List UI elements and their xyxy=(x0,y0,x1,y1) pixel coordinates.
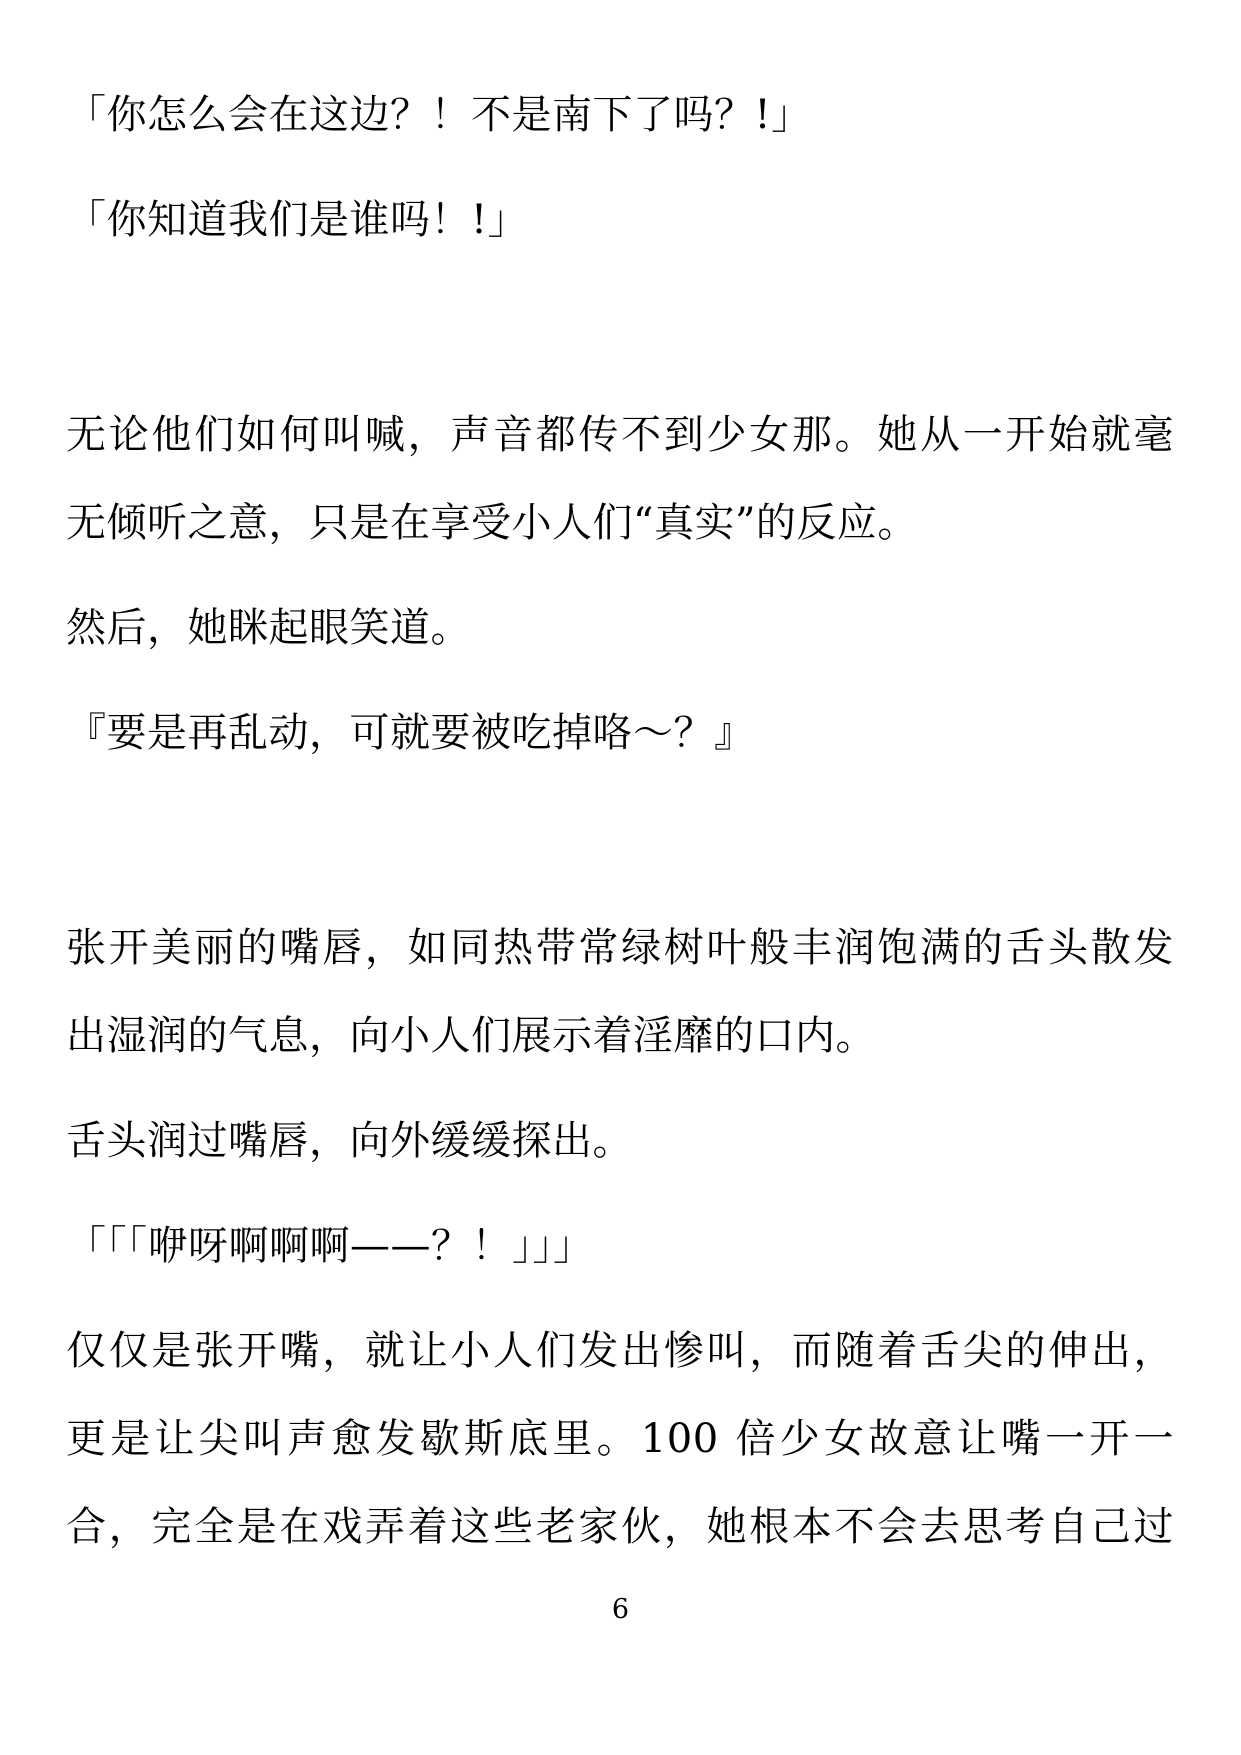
text-line: 「「「咿呀啊啊啊——？！」」」 xyxy=(66,1202,1174,1290)
page-body-text: 「你怎么会在这边？！不是南下了吗？!」 「你知道我们是谁吗！!」 无论他们如何叫… xyxy=(0,0,1241,1571)
narration-paragraph: 无论他们如何叫喊，声音都传不到少女那。她从一开始就毫 无倾听之意，只是在享受小人… xyxy=(66,391,1174,567)
text-line: 舌头润过嘴唇，向外缓缓探出。 xyxy=(66,1097,1174,1185)
page-number: 6 xyxy=(0,1594,1241,1625)
text-line: 『要是再乱动，可就要被吃掉咯～？』 xyxy=(66,689,1174,777)
text-line: 「你怎么会在这边？！不是南下了吗？!」 xyxy=(66,71,1174,159)
narration-paragraph: 张开美丽的嘴唇，如同热带常绿树叶般丰润饱满的舌头散发 出湿润的气息，向小人们展示… xyxy=(66,904,1174,1080)
document-page: { "document": { "page_number": "6", "col… xyxy=(0,0,1241,1755)
text-line: 合，完全是在戏弄着这些老家伙，她根本不会去思考自己过 xyxy=(66,1483,1174,1571)
blank-line-spacer xyxy=(66,794,1174,904)
text-line: 无论他们如何叫喊，声音都传不到少女那。她从一开始就毫 xyxy=(66,391,1174,479)
dialogue-paragraph: 「「「咿呀啊啊啊——？！」」」 xyxy=(66,1202,1174,1290)
text-line: 张开美丽的嘴唇，如同热带常绿树叶般丰润饱满的舌头散发 xyxy=(66,904,1174,992)
narration-paragraph: 舌头润过嘴唇，向外缓缓探出。 xyxy=(66,1097,1174,1185)
dialogue-paragraph: 『要是再乱动，可就要被吃掉咯～？』 xyxy=(66,689,1174,777)
dialogue-paragraph: 「你怎么会在这边？！不是南下了吗？!」 xyxy=(66,71,1174,159)
dialogue-paragraph: 「你知道我们是谁吗！!」 xyxy=(66,176,1174,264)
text-line: 出湿润的气息，向小人们展示着淫靡的口内。 xyxy=(66,992,1174,1080)
text-line: 「你知道我们是谁吗！!」 xyxy=(66,176,1174,264)
text-line: 更是让尖叫声愈发歇斯底里。100 倍少女故意让嘴一开一 xyxy=(66,1395,1174,1483)
text-line: 仅仅是张开嘴，就让小人们发出惨叫，而随着舌尖的伸出， xyxy=(66,1307,1174,1395)
text-line: 然后，她眯起眼笑道。 xyxy=(66,584,1174,672)
narration-paragraph: 仅仅是张开嘴，就让小人们发出惨叫，而随着舌尖的伸出， 更是让尖叫声愈发歇斯底里。… xyxy=(66,1307,1174,1571)
text-line: 无倾听之意，只是在享受小人们“真实”的反应。 xyxy=(66,479,1174,567)
blank-line-spacer xyxy=(66,281,1174,391)
narration-paragraph: 然后，她眯起眼笑道。 xyxy=(66,584,1174,672)
